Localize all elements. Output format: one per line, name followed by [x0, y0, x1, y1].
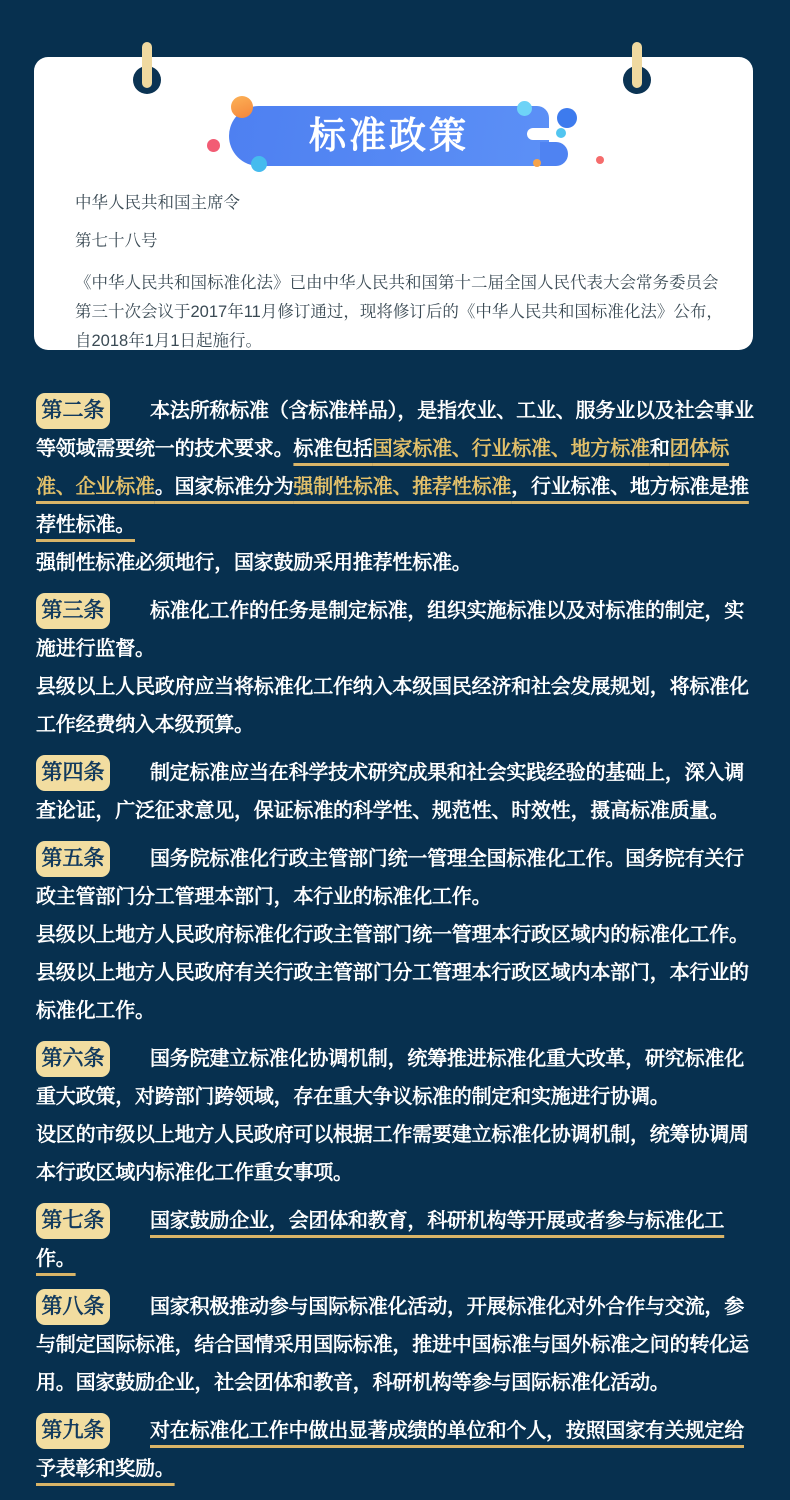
- decree-heading: 中华人民共和国主席令: [75, 193, 727, 213]
- article-text-segment: 县级以上地方人民政府有关行政主管部门分工管理本行政区域内本部门，本行业的标准化工…: [36, 962, 749, 1022]
- article-paragraph: 县级以上地方人民政府标准化行政主管部门统一管理本行政区域内的标准化工作。: [36, 916, 758, 954]
- article-paragraph: 县级以上地方人民政府有关行政主管部门分工管理本行政区域内本部门，本行业的标准化工…: [36, 954, 758, 1030]
- article-text-segment: 设区的市级以上地方人民政府可以根据工作需要建立标准化协调机制，统筹协调周本行政区…: [36, 1124, 749, 1184]
- article-paragraph: 第四条制定标准应当在科学技术研究成果和社会实践经验的基础上，深入调查论证，广泛征…: [36, 754, 758, 830]
- article-label-badge: 第三条: [36, 593, 110, 629]
- article-text-segment: 和: [650, 438, 670, 460]
- article-text-segment: 。国家标准分为: [155, 476, 294, 498]
- article-label-badge: 第九条: [36, 1413, 110, 1449]
- article-text-segment: 对在标准化工作中做出显著成绩的单位和个人，按照国家有关规定给予表彰和奖励。: [36, 1420, 744, 1480]
- decree-card: 中华人民共和国主席令 第七十八号 《中华人民共和国标准化法》已由中华人民共和国第…: [34, 57, 753, 350]
- article-paragraph: 县级以上人民政府应当将标准化工作纳入本级国民经济和社会发展规划，将标准化工作经费…: [36, 668, 758, 744]
- article-text-segment: 县级以上地方人民政府标准化行政主管部门统一管理本行政区域内的标准化工作。: [36, 924, 749, 946]
- article-paragraph: 第二条本法所称标准（含标准样品），是指农业、工业、服务业以及社会事业等领域需要统…: [36, 392, 758, 544]
- article-text-segment: 制定标准应当在科学技术研究成果和社会实践经验的基础上，深入调查论证，广泛征求意见…: [36, 762, 744, 822]
- decor-dot-pink-icon: [207, 139, 220, 152]
- article-label-badge: 第四条: [36, 755, 110, 791]
- decree-number: 第七十八号: [75, 231, 727, 251]
- poster: 中华人民共和国主席令 第七十八号 《中华人民共和国标准化法》已由中华人民共和国第…: [0, 0, 790, 1500]
- article-paragraph: 第三条标准化工作的任务是制定标准，组织实施标准以及对标准的制定，实施进行监督。: [36, 592, 758, 668]
- article: 第九条对在标准化工作中做出显著成绩的单位和个人，按照国家有关规定给予表彰和奖励。: [36, 1412, 758, 1488]
- article-text-segment: 标准包括: [293, 438, 372, 460]
- article-text-segment: 国家鼓励企业，会团体和教育，科研机构等开展或者参与标准化工作。: [36, 1210, 724, 1270]
- decor-dot-blue-icon: [557, 108, 577, 128]
- article-text-segment: 强制性标准、推荐性标准: [293, 476, 511, 498]
- article-label-badge: 第二条: [36, 393, 110, 429]
- article: 第三条标准化工作的任务是制定标准，组织实施标准以及对标准的制定，实施进行监督。县…: [36, 592, 758, 744]
- article: 第五条国务院标准化行政主管部门统一管理全国标准化工作。国务院有关行政主管部门分工…: [36, 840, 758, 1030]
- article: 第四条制定标准应当在科学技术研究成果和社会实践经验的基础上，深入调查论证，广泛征…: [36, 754, 758, 830]
- article-text-segment: 国务院建立标准化协调机制，统筹推进标准化重大改革，研究标准化重大政策，对跨部门跨…: [36, 1048, 744, 1108]
- article-paragraph: 第六条国务院建立标准化协调机制，统筹推进标准化重大改革，研究标准化重大政策，对跨…: [36, 1040, 758, 1116]
- article-label-badge: 第六条: [36, 1041, 110, 1077]
- decree-paragraph: 《中华人民共和国标准化法》已由中华人民共和国第十二届全国人民代表大会常务委员会第…: [75, 269, 727, 356]
- article-text-segment: 国务院标准化行政主管部门统一管理全国标准化工作。国务院有关行政主管部门分工管理本…: [36, 848, 744, 908]
- article-paragraph: 设区的市级以上地方人民政府可以根据工作需要建立标准化协调机制，统筹协调周本行政区…: [36, 1116, 758, 1192]
- article-paragraph: 第九条对在标准化工作中做出显著成绩的单位和个人，按照国家有关规定给予表彰和奖励。: [36, 1412, 758, 1488]
- pin-rod-icon: [142, 42, 152, 88]
- articles: 第二条本法所称标准（含标准样品），是指农业、工业、服务业以及社会事业等领域需要统…: [36, 392, 758, 1498]
- decor-dot-lightblue-icon: [556, 128, 566, 138]
- article-text-segment: 标准化工作的任务是制定标准，组织实施标准以及对标准的制定，实施进行监督。: [36, 600, 744, 660]
- page-title: 标准政策: [229, 106, 549, 166]
- article-paragraph: 第五条国务院标准化行政主管部门统一管理全国标准化工作。国务院有关行政主管部门分工…: [36, 840, 758, 916]
- decree-card-content: 中华人民共和国主席令 第七十八号 《中华人民共和国标准化法》已由中华人民共和国第…: [75, 193, 727, 356]
- article-paragraph: 第七条国家鼓励企业，会团体和教育，科研机构等开展或者参与标准化工作。: [36, 1202, 758, 1278]
- article-text-segment: 国家标准、行业标准、地方标准: [373, 438, 650, 460]
- article-label-badge: 第五条: [36, 841, 110, 877]
- article-text-segment: 国家积极推动参与国际标准化活动，开展标准化对外合作与交流，参与制定国际标准，结合…: [36, 1296, 749, 1394]
- article: 第二条本法所称标准（含标准样品），是指农业、工业、服务业以及社会事业等领域需要统…: [36, 392, 758, 582]
- article-label-badge: 第七条: [36, 1203, 110, 1239]
- decor-dot-salmon-icon: [596, 156, 604, 164]
- pin-rod-icon: [632, 42, 642, 88]
- article-paragraph: 强制性标准必须地行，国家鼓励采用推荐性标准。: [36, 544, 758, 582]
- article-text-segment: 强制性标准必须地行，国家鼓励采用推荐性标准。: [36, 552, 472, 574]
- article-text-segment: 县级以上人民政府应当将标准化工作纳入本级国民经济和社会发展规划，将标准化工作经费…: [36, 676, 749, 736]
- article: 第七条国家鼓励企业，会团体和教育，科研机构等开展或者参与标准化工作。: [36, 1202, 758, 1278]
- article-paragraph: 第八条国家积极推动参与国际标准化活动，开展标准化对外合作与交流，参与制定国际标准…: [36, 1288, 758, 1402]
- article-label-badge: 第八条: [36, 1289, 110, 1325]
- article: 第八条国家积极推动参与国际标准化活动，开展标准化对外合作与交流，参与制定国际标准…: [36, 1288, 758, 1402]
- article: 第六条国务院建立标准化协调机制，统筹推进标准化重大改革，研究标准化重大政策，对跨…: [36, 1040, 758, 1192]
